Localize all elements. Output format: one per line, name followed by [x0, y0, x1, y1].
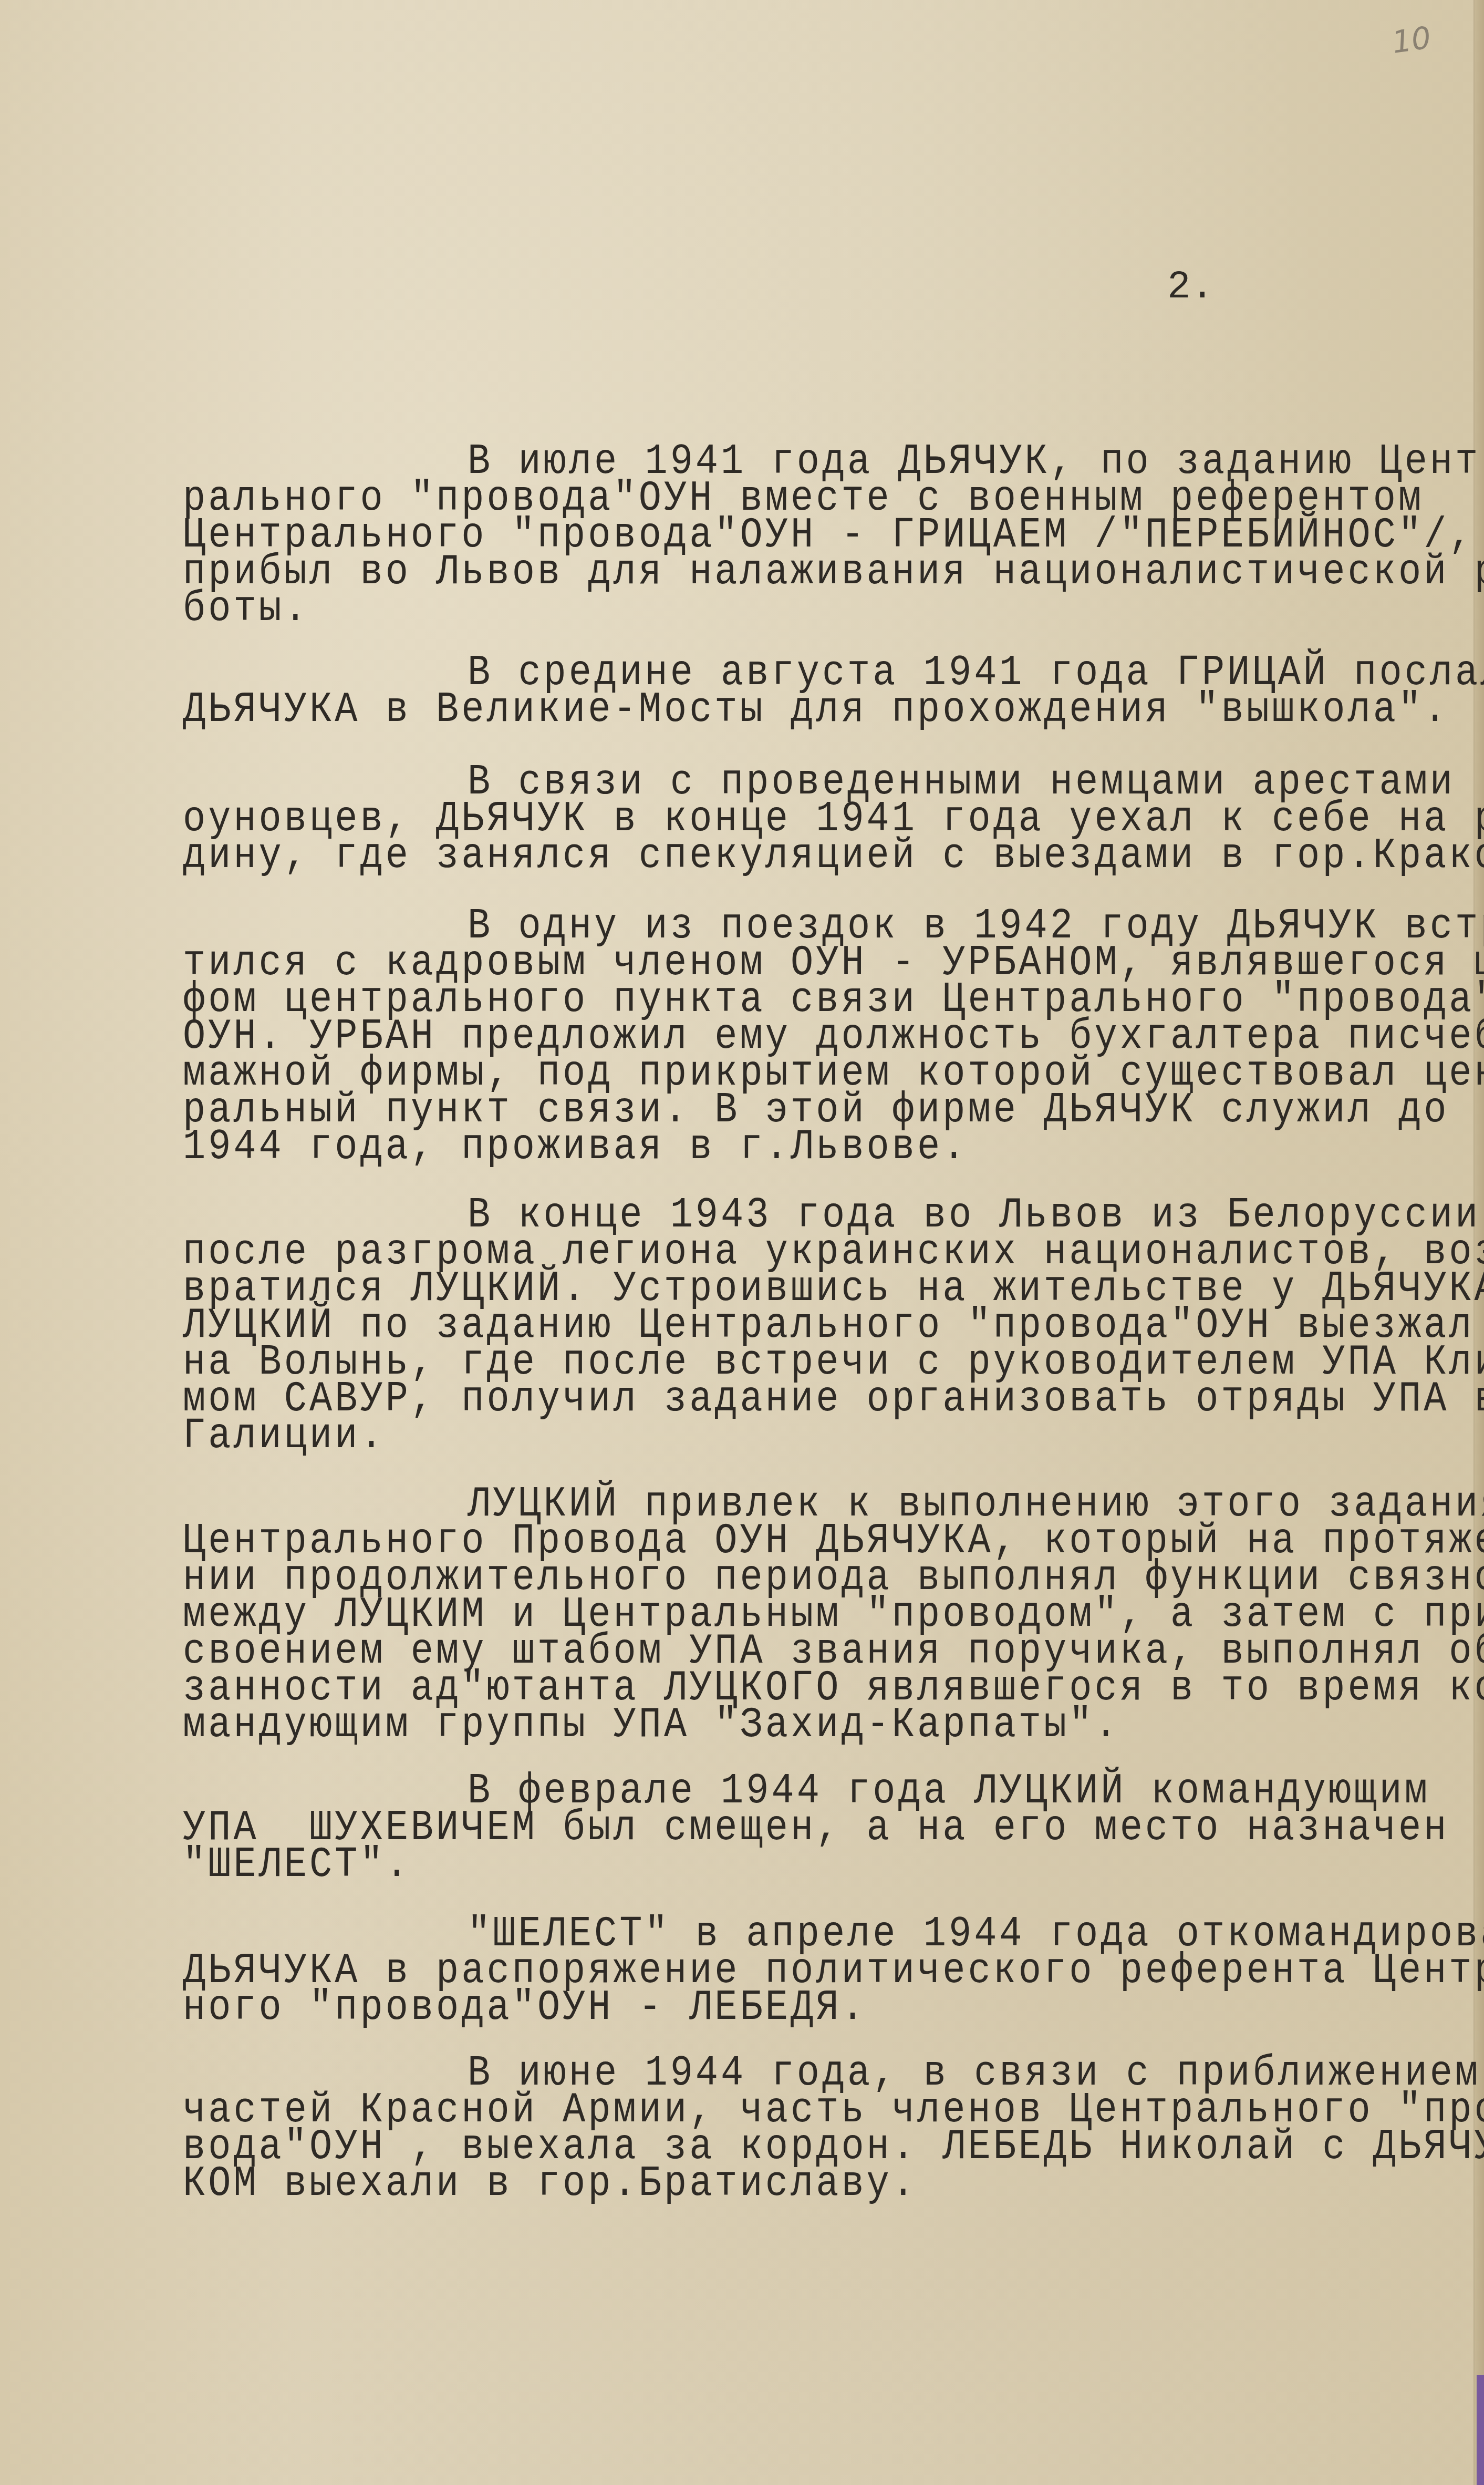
text-line: мандующим группы УПА "Захид-Карпаты". — [183, 1704, 1120, 1746]
archive-folio-number: 10 — [1390, 19, 1434, 60]
text-line: прибыл во Львов для налаживания национал… — [183, 551, 1484, 593]
page-number: 2. — [1167, 265, 1214, 310]
text-line: КОМ выехали в гор.Братиславу. — [183, 2162, 917, 2205]
text-line: 1944 года, проживая в г.Львове. — [183, 1126, 968, 1168]
text-line: дину, где занялся спекуляцией с выездами… — [183, 834, 1484, 877]
text-line: "ШЕЛЕСТ". — [183, 1843, 411, 1886]
text-line: Галиции. — [183, 1415, 386, 1457]
ink-stamp-fragment — [1477, 2375, 1484, 2485]
document-page: 10 2. В июле 1941 года ДЬЯЧУК, по задани… — [0, 0, 1484, 2485]
text-line: ного "провода"ОУН - ЛЕБЕДЯ. — [183, 1986, 867, 2029]
text-line: ДЬЯЧУКА в Великие-Мосты для прохождения … — [183, 688, 1449, 731]
text-line: боты. — [183, 587, 309, 630]
